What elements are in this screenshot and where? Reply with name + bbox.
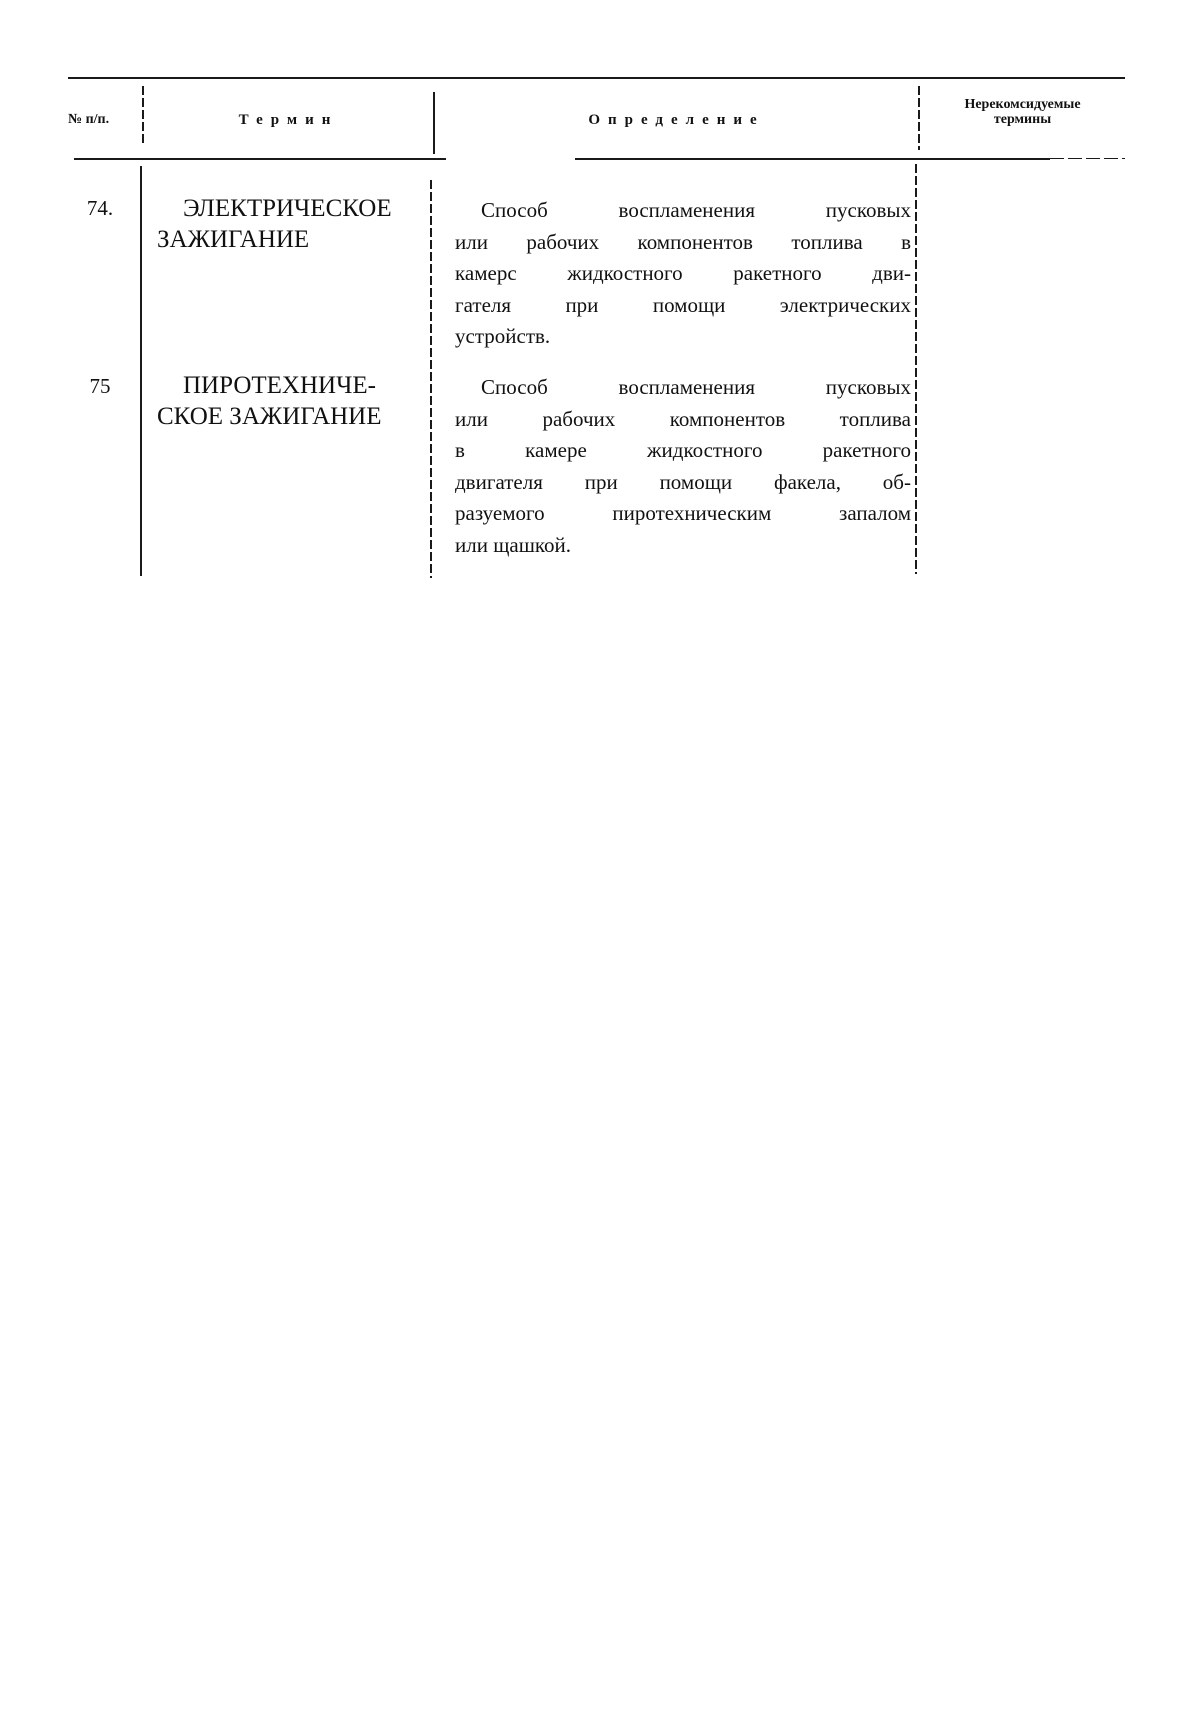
term-line: СКОЕ ЗАЖИГАНИЕ bbox=[157, 401, 437, 432]
document-page: № п/п. Термин Определение Нерекомсидуемы… bbox=[0, 0, 1200, 1729]
definition-line: двигателя при помощи факела, об- bbox=[455, 467, 911, 499]
term-line: ЗАЖИГАНИЕ bbox=[157, 224, 437, 255]
definition-line: гателя при помощи электрических bbox=[455, 290, 911, 322]
header-definition: Определение bbox=[435, 112, 918, 129]
body-divider-1 bbox=[140, 166, 142, 576]
definition-line: Способ воспламенения пусковых bbox=[455, 372, 911, 404]
header-bottom-rule-right bbox=[575, 158, 1050, 160]
header-divider-1 bbox=[142, 86, 144, 146]
definition-line: или щашкой. bbox=[455, 530, 911, 562]
row-number: 75 bbox=[65, 374, 135, 399]
header-number: № п/п. bbox=[68, 112, 142, 128]
header-non-recommended-line1: Нерекомсидуемые bbox=[920, 97, 1125, 112]
header-divider-2 bbox=[433, 92, 435, 154]
header-bottom-rule-tail bbox=[1050, 158, 1125, 159]
body-divider-3 bbox=[915, 164, 917, 574]
row-definition: Способ воспламенения пусковых или рабочи… bbox=[455, 372, 911, 561]
header-divider-3 bbox=[918, 86, 920, 150]
definition-line: разуемого пиротехническим запалом bbox=[455, 498, 911, 530]
header-non-recommended: Нерекомсидуемые термины bbox=[920, 97, 1125, 127]
table-top-rule bbox=[68, 77, 1125, 79]
row-number: 74. bbox=[65, 196, 135, 221]
header-bottom-rule-left bbox=[74, 158, 446, 160]
term-line: ПИРОТЕХНИЧЕ- bbox=[157, 370, 437, 401]
row-definition: Способ воспламенения пусковых или рабочи… bbox=[455, 195, 911, 353]
header-term: Термин bbox=[142, 112, 435, 129]
definition-line: камерс жидкостного ракетного дви- bbox=[455, 258, 911, 290]
definition-line: или рабочих компонентов топлива в bbox=[455, 227, 911, 259]
definition-line: Способ воспламенения пусковых bbox=[455, 195, 911, 227]
row-term: ЭЛЕКТРИЧЕСКОЕ ЗАЖИГАНИЕ bbox=[157, 193, 437, 255]
row-term: ПИРОТЕХНИЧЕ- СКОЕ ЗАЖИГАНИЕ bbox=[157, 370, 437, 432]
definition-line: или рабочих компонентов топлива bbox=[455, 404, 911, 436]
header-non-recommended-line2: термины bbox=[920, 112, 1125, 127]
definition-line: в камере жидкостного ракетного bbox=[455, 435, 911, 467]
term-line: ЭЛЕКТРИЧЕСКОЕ bbox=[157, 193, 437, 224]
definition-line: устройств. bbox=[455, 321, 911, 353]
